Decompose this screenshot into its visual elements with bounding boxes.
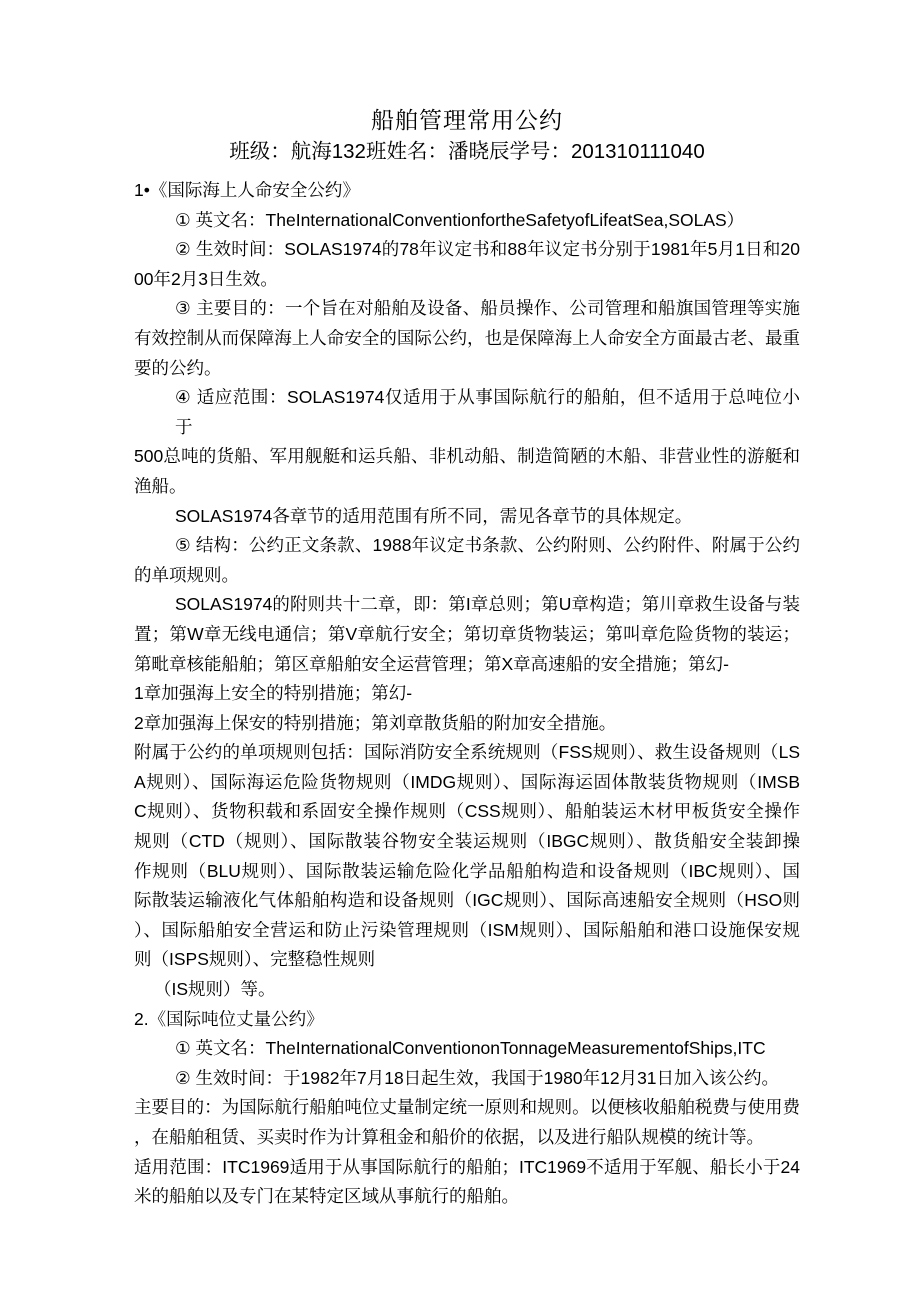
document-line: 有效控制从而保障海上人命安全的国际公约，也是保障海上人命安全方面最古老、最重 [134, 324, 800, 354]
document-line: 作规则（BLU规则）、国际散装运输危险化学品船舶构造和设备规则（IBC规则）、国 [134, 857, 800, 887]
document-content: 船舶管理常用公约 班级：航海132班姓名：潘晓辰学号：201310111040 … [0, 0, 920, 1212]
document-line: ）、国际船舶安全营运和防止污染管理规则（ISM规则）、国际船舶和港口设施保安规 [134, 916, 800, 946]
document-line: ，在船舶租赁、买卖时作为计算租金和船价的依据，以及进行船队规模的统计等。 [134, 1123, 800, 1153]
document-body: 1•《国际海上人命安全公约》① 英文名：TheInternationalConv… [134, 176, 800, 1212]
document-line: C规则）、货物积载和系固安全操作规则（CSS规则）、船舶装运木材甲板货安全操作 [134, 797, 800, 827]
document-line: 要的公约。 [134, 354, 800, 384]
document-line: 500总吨的货船、军用舰艇和运兵船、非机动船、制造简陋的木船、非营业性的游艇和 [134, 442, 800, 472]
document-line: 1•《国际海上人命安全公约》 [134, 176, 800, 206]
document-line: 主要目的：为国际航行船舶吨位丈量制定统一原则和规则。以便核收船舶税费与使用费 [134, 1093, 800, 1123]
document-line: 的单项规则。 [134, 561, 800, 591]
document-line: ① 英文名：TheInternationalConventionfortheSa… [134, 206, 800, 236]
document-line: 1章加强海上安全的特别措施；第幻- [134, 679, 800, 709]
document-line: 适用范围：ITC1969适用于从事国际航行的船舶；ITC1969不适用于军舰、船… [134, 1153, 800, 1183]
document-line: ④ 适应范围：SOLAS1974仅适用于从事国际航行的船舶，但不适用于总吨位小于 [134, 383, 800, 442]
document-line: SOLAS1974的附则共十二章，即：第I章总则；第U章构造；第川章救生设备与装 [134, 590, 800, 620]
document-line: 2.《国际吨位丈量公约》 [134, 1005, 800, 1035]
document-line: 00年2月3日生效。 [134, 265, 800, 295]
page-title: 船舶管理常用公约 [134, 104, 800, 136]
document-line: 置；第W章无线电通信；第V章航行安全；第切章货物装运；第叫章危险货物的装运； [134, 620, 800, 650]
document-line: 第毗章核能船舶；第区章船舶安全运营管理；第X章高速船的安全措施；第幻- [134, 650, 800, 680]
document-line: ① 英文名：TheInternationalConventiononTonnag… [134, 1034, 800, 1064]
document-line: ② 生效时间：于1982年7月18日起生效，我国于1980年12月31日加入该公… [134, 1064, 800, 1094]
document-line: 米的船舶以及专门在某特定区域从事航行的船舶。 [134, 1182, 800, 1212]
document-line: 渔船。 [134, 472, 800, 502]
document-line: ③ 主要目的：一个旨在对船舶及设备、船员操作、公司管理和船旗国管理等实施 [134, 294, 800, 324]
page-subtitle: 班级：航海132班姓名：潘晓辰学号：201310111040 [134, 136, 800, 168]
document-line: （IS规则）等。 [134, 975, 800, 1005]
document-line: 际散装运输液化气体船舶构造和设备规则（IGC规则）、国际高速船安全规则（HSO则 [134, 886, 800, 916]
document-page: 船舶管理常用公约 班级：航海132班姓名：潘晓辰学号：201310111040 … [0, 0, 920, 1303]
document-line: ② 生效时间：SOLAS1974的78年议定书和88年议定书分别于1981年5月… [134, 235, 800, 265]
document-line: A规则）、国际海运危险货物规则（IMDG规则）、国际海运固体散装货物规则（IMS… [134, 768, 800, 798]
document-line: 规则（CTD（规则）、国际散装谷物安全装运规则（IBGC规则）、散货船安全装卸操 [134, 827, 800, 857]
document-line: SOLAS1974各章节的适用范围有所不同，需见各章节的具体规定。 [134, 502, 800, 532]
document-line: ⑤ 结构：公约正文条款、1988年议定书条款、公约附则、公约附件、附属于公约 [134, 531, 800, 561]
document-line: 则（ISPS规则）、完整稳性规则 [134, 945, 800, 975]
document-line: 附属于公约的单项规则包括：国际消防安全系统规则（FSS规则）、救生设备规则（LS [134, 738, 800, 768]
document-line: 2章加强海上保安的特别措施；第刘章散货船的附加安全措施。 [134, 709, 800, 739]
